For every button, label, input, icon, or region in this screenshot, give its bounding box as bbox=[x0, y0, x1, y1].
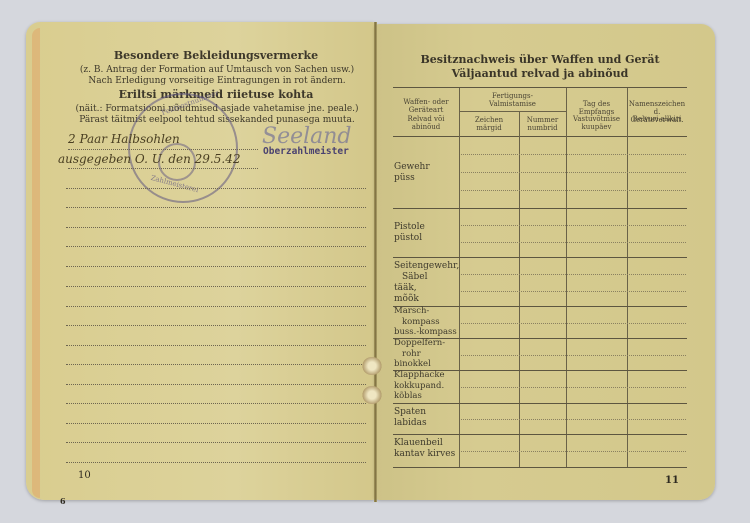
entry-line bbox=[66, 364, 366, 365]
row-label-et: binokkel bbox=[394, 359, 445, 370]
column-divider bbox=[519, 111, 520, 467]
cell-dotline bbox=[461, 172, 686, 173]
entry-line bbox=[66, 306, 366, 307]
row-label-de-2: kompass bbox=[394, 317, 457, 328]
cell-dotline bbox=[461, 225, 686, 226]
row-label-compass: Marsch- kompass buss.-kompass bbox=[394, 306, 457, 338]
column-divider bbox=[566, 88, 567, 467]
entry-line bbox=[66, 286, 366, 287]
table-header-border bbox=[393, 136, 687, 137]
entry-line bbox=[68, 149, 258, 150]
row-label-pistol: Pistole püstol bbox=[394, 222, 425, 244]
entry-line bbox=[66, 345, 366, 346]
row-border bbox=[393, 208, 687, 209]
entry-line bbox=[66, 442, 366, 443]
corner-mark: 6 bbox=[60, 496, 66, 506]
entry-line bbox=[68, 168, 258, 169]
cell-dotline bbox=[461, 451, 686, 452]
left-page-number: 10 bbox=[78, 470, 91, 481]
cell-dotline bbox=[461, 419, 686, 420]
row-label-et: püss bbox=[394, 173, 430, 184]
row-label-de-2: rohr bbox=[394, 349, 445, 360]
entry-line bbox=[66, 188, 366, 189]
official-title: Oberzahlmeister bbox=[263, 146, 349, 157]
row-label-de: Seitengewehr, bbox=[394, 261, 459, 272]
cell-dotline bbox=[461, 291, 686, 292]
row-label-et: tääk, bbox=[394, 283, 459, 294]
right-page-number: 11 bbox=[665, 475, 679, 486]
row-label-et: labidas bbox=[394, 418, 427, 429]
row-label-rifle: Gewehr püss bbox=[394, 162, 430, 184]
right-heading-de: Besitznachweis über Waffen und Gerät bbox=[390, 53, 690, 67]
handwritten-line-2: ausgegeben O. U. den 29.5.42 bbox=[58, 152, 240, 166]
left-note-de-2: Nach Erledigung vorseitige Eintragungen … bbox=[62, 75, 372, 87]
right-heading-et: Väljaantud relvad ja abinõud bbox=[390, 67, 690, 81]
row-label-et: püstol bbox=[394, 233, 425, 244]
cell-dotline bbox=[461, 387, 686, 388]
cell-dotline bbox=[461, 355, 686, 356]
row-label-et: kokkupand. bbox=[394, 381, 445, 392]
page-tear bbox=[362, 357, 382, 375]
col-header-sign-et: Relvuri allkiri bbox=[627, 115, 687, 123]
col-header-number-et: numbrid bbox=[519, 124, 566, 132]
row-label-hatchet: Klauenbeil kantav kirves bbox=[394, 438, 455, 460]
entry-line bbox=[66, 325, 366, 326]
row-border bbox=[393, 434, 687, 435]
entry-line bbox=[66, 246, 366, 247]
cell-dotline bbox=[461, 190, 686, 191]
entry-line bbox=[66, 384, 366, 385]
row-label-et: kantav kirves bbox=[394, 449, 455, 460]
page-tear bbox=[362, 386, 382, 404]
col-header-group-de: Fertigungs- bbox=[459, 92, 566, 100]
row-label-de: Klauenbeil bbox=[394, 438, 455, 449]
entry-line bbox=[66, 207, 366, 208]
row-border bbox=[393, 403, 687, 404]
row-border bbox=[393, 257, 687, 258]
col-header-date-et: Vastuvõtmise kuupäev bbox=[566, 115, 627, 131]
cell-dotline bbox=[461, 274, 686, 275]
entry-line bbox=[66, 403, 366, 404]
entry-line bbox=[66, 227, 366, 228]
row-label-bayonet: Seitengewehr, Säbel tääk, mõõk bbox=[394, 261, 459, 305]
row-label-binoculars: Doppelfern- rohr binokkel bbox=[394, 338, 445, 370]
row-label-de: Doppelfern- bbox=[394, 338, 445, 349]
table-bottom-border bbox=[393, 467, 687, 468]
row-label-de: Spaten bbox=[394, 407, 427, 418]
entry-line bbox=[66, 462, 366, 463]
entry-line bbox=[66, 266, 366, 267]
header-subdivider bbox=[459, 111, 566, 112]
col-header-type-et: Relvad või abinõud bbox=[393, 115, 459, 131]
book-spine bbox=[374, 22, 377, 502]
cell-dotline bbox=[461, 323, 686, 324]
col-header-number-de: Nummer bbox=[519, 116, 566, 124]
column-divider bbox=[627, 88, 628, 467]
col-header-mark-et: märgid bbox=[459, 124, 519, 132]
row-label-de-2: Säbel bbox=[394, 272, 459, 283]
table-top-border bbox=[393, 87, 687, 88]
col-header-date-de: Tag des Empfangs bbox=[566, 100, 627, 116]
row-label-spade: Spaten labidas bbox=[394, 407, 427, 429]
col-header-mark-de: Zeichen bbox=[459, 116, 519, 124]
col-header-type-de: Waffen- oder Geräteart bbox=[393, 98, 459, 114]
handwritten-line-1: 2 Paar Halbsohlen bbox=[68, 132, 180, 146]
row-label-et-2: kõblas bbox=[394, 391, 445, 402]
col-header-group-et: Valmistamise bbox=[459, 100, 566, 108]
left-page-edge bbox=[32, 28, 40, 498]
row-label-de: Klapphacke bbox=[394, 370, 445, 381]
entry-line bbox=[66, 423, 366, 424]
cell-dotline bbox=[461, 154, 686, 155]
row-label-et: buss.-kompass bbox=[394, 327, 457, 338]
row-label-et-2: mõõk bbox=[394, 294, 459, 305]
left-heading-de: Besondere Bekleidungsvermerke bbox=[66, 50, 366, 62]
cell-dotline bbox=[461, 242, 686, 243]
row-label-de: Gewehr bbox=[394, 162, 430, 173]
row-label-pickaxe: Klapphacke kokkupand. kõblas bbox=[394, 370, 445, 402]
row-label-de: Pistole bbox=[394, 222, 425, 233]
row-label-de: Marsch- bbox=[394, 306, 457, 317]
